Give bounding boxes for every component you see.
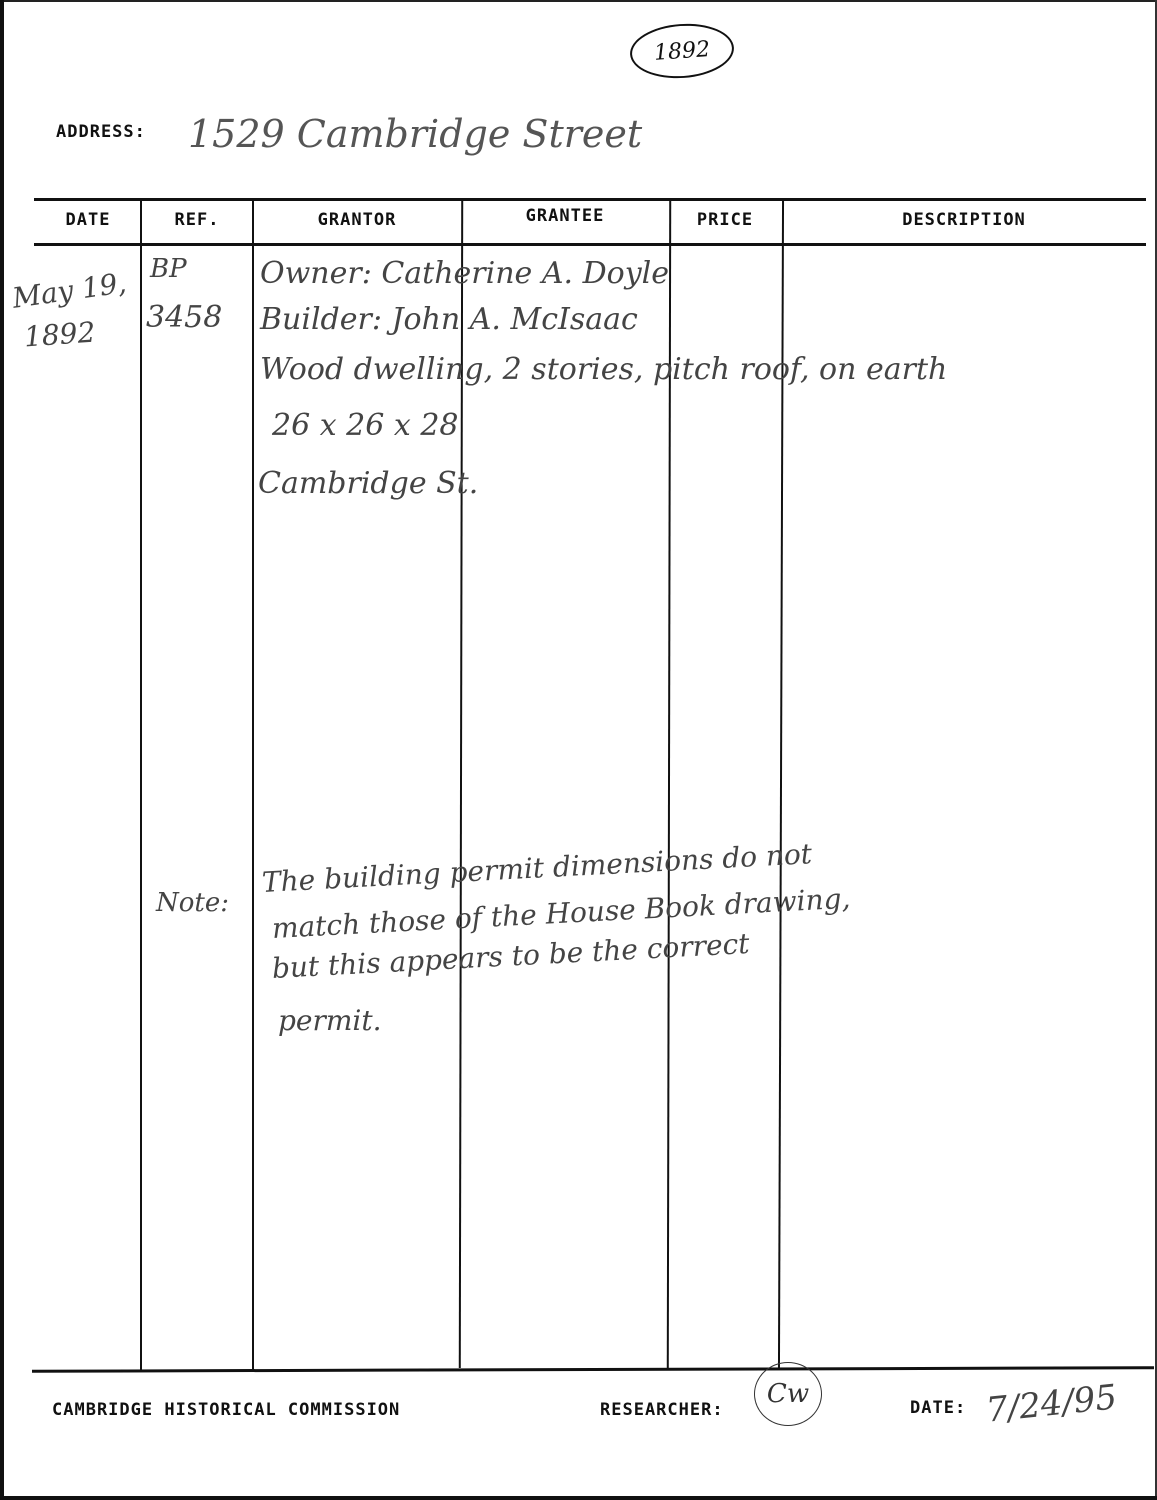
entry-building-description: Wood dwelling, 2 stories, pitch roof, on…: [260, 352, 947, 387]
date-label: DATE:: [910, 1398, 966, 1418]
entry-street: Cambridge St.: [258, 466, 478, 501]
table-top-rule: [34, 198, 1146, 201]
note-line: permit.: [278, 1004, 382, 1037]
address-value: 1529 Cambridge Street: [188, 112, 642, 156]
column-header-grantee: GRANTEE: [462, 206, 668, 226]
column-header-date: DATE: [36, 210, 140, 230]
column-divider: [252, 200, 254, 1370]
note-label: Note:: [156, 888, 229, 918]
researcher-label: RESEARCHER:: [600, 1400, 724, 1420]
column-header-price: PRICE: [670, 210, 780, 230]
circled-year: 1892: [628, 20, 736, 81]
page-edge-bottom: [0, 1496, 1157, 1500]
entry-date-line2: 1892: [23, 316, 96, 354]
column-header-description: DESCRIPTION: [782, 210, 1146, 230]
page-edge-top: [0, 0, 1157, 2]
table-bottom-rule: [32, 1366, 1154, 1373]
page-edge-left: [0, 0, 4, 1500]
entry-ref-line2: 3458: [146, 300, 222, 335]
column-header-grantor: GRANTOR: [254, 210, 460, 230]
date-value: 7/24/95: [984, 1377, 1119, 1430]
column-divider: [140, 200, 142, 1370]
entry-date-line1: May 19,: [10, 266, 128, 315]
researcher-initials: Cw: [754, 1362, 822, 1426]
entry-ref-line1: BP: [150, 254, 187, 284]
entry-builder: Builder: John A. McIsaac: [260, 302, 638, 337]
header-bottom-rule: [34, 243, 1146, 246]
entry-owner: Owner: Catherine A. Doyle: [260, 256, 669, 291]
organization-name: CAMBRIDGE HISTORICAL COMMISSION: [52, 1400, 400, 1420]
address-label: ADDRESS:: [56, 122, 146, 142]
column-header-ref: REF.: [142, 210, 252, 230]
entry-dimensions: 26 x 26 x 28: [272, 408, 459, 443]
